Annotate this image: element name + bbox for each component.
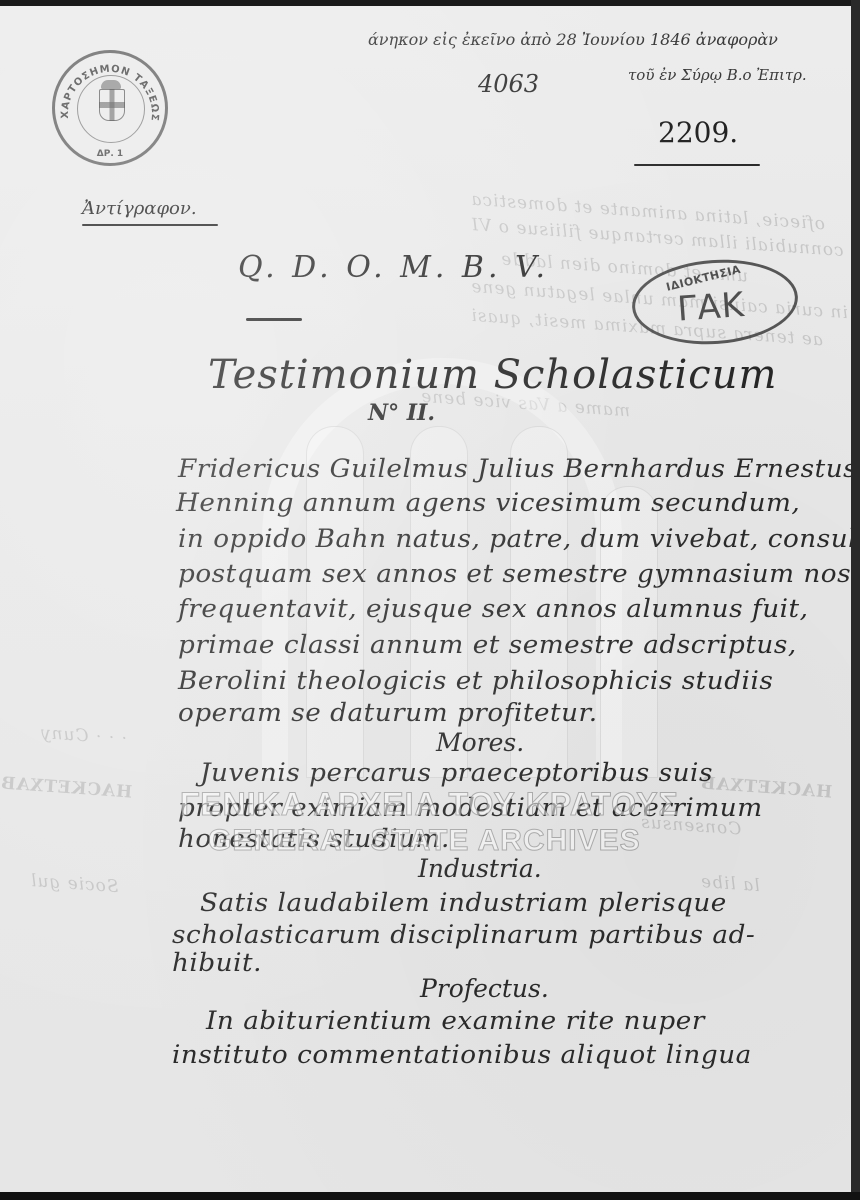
section-heading-profectus: Profectus. [420,974,549,1003]
body-line: Berolini theologicis et philosophicis st… [178,666,773,695]
body-line: Juvenis percarus praeceptoribus suis [200,758,713,787]
body-line: hibuit. [172,948,262,977]
body-line: frequentavit, ejusque sex annos alumnus … [178,594,808,623]
document-title: Testimonium Scholasticum [208,352,777,398]
invocation: Q. D. O. M. B. V. [238,250,549,285]
header-note-line1: άνηκον εἰς ἐκεῖνο ἀπὸ 28 Ἰουνίου 1846 ἀν… [368,30,778,49]
register-number: 4063 [478,70,539,98]
bleed-through-text: · · · Cuny [39,723,127,749]
bleed-through-text: Socie gul [29,871,119,897]
stamp-main-text: ΓΑΚ [676,285,746,330]
scan-edge-right [851,0,860,1200]
body-line: instituto commentationibus aliquot lingu… [172,1040,752,1069]
document-number: N° II. [368,400,435,426]
archive-number-underline [634,164,760,166]
body-line: Fridericus Guilelmus Julius Bernhardus E… [178,454,851,483]
revenue-stamp: ΧΑΡΤΟΣΗΜΟΝ ΤΑΞΕΩΣ ΔΡ. 1 [52,50,168,166]
body-line: primae classi annum et semestre adscript… [178,630,797,659]
body-line: operam se daturum profitetur. [178,698,598,727]
document-page: ofiecie, latina animante et domestica co… [0,6,851,1192]
watermark-greek: ΓΕΝΙΚΑ ΑΡΧΕΙΑ ΤΟΥ ΚΡΑΤΟΥΣ [180,786,679,823]
coat-of-arms-icon [99,89,125,121]
bleed-through-text: HACKETXAB [0,773,133,802]
archive-number: 2209. [658,116,738,149]
header-note-line2: τοῦ ἐν Σύρῳ Β.ο Ἐπιτρ. [628,66,807,84]
scan-edge-bottom [0,1192,860,1200]
body-line: In abiturientium examine rite nuper [206,1006,705,1035]
title-flourish [246,318,302,321]
copy-label: Ἀντίγραφον. [82,198,197,219]
section-heading-industria: Industria. [418,854,542,883]
body-line: in oppido Bahn natus, patre, dum vivebat… [178,524,851,553]
body-line: postquam sex annos et semestre gymnasium… [178,559,851,588]
section-heading-mores: Mores. [436,728,524,757]
stamp-value: ΔΡ. 1 [55,149,165,159]
body-line: Henning annum agens vicesimum secundum, [176,488,800,517]
copy-label-underline [82,224,218,226]
body-line: scholasticarum disciplinarum partibus ad… [172,920,755,949]
crown-icon [101,80,121,89]
watermark-english: GENERAL STATE ARCHIVES [208,824,641,858]
body-line: Satis laudabilem industriam plerisque [200,888,727,917]
